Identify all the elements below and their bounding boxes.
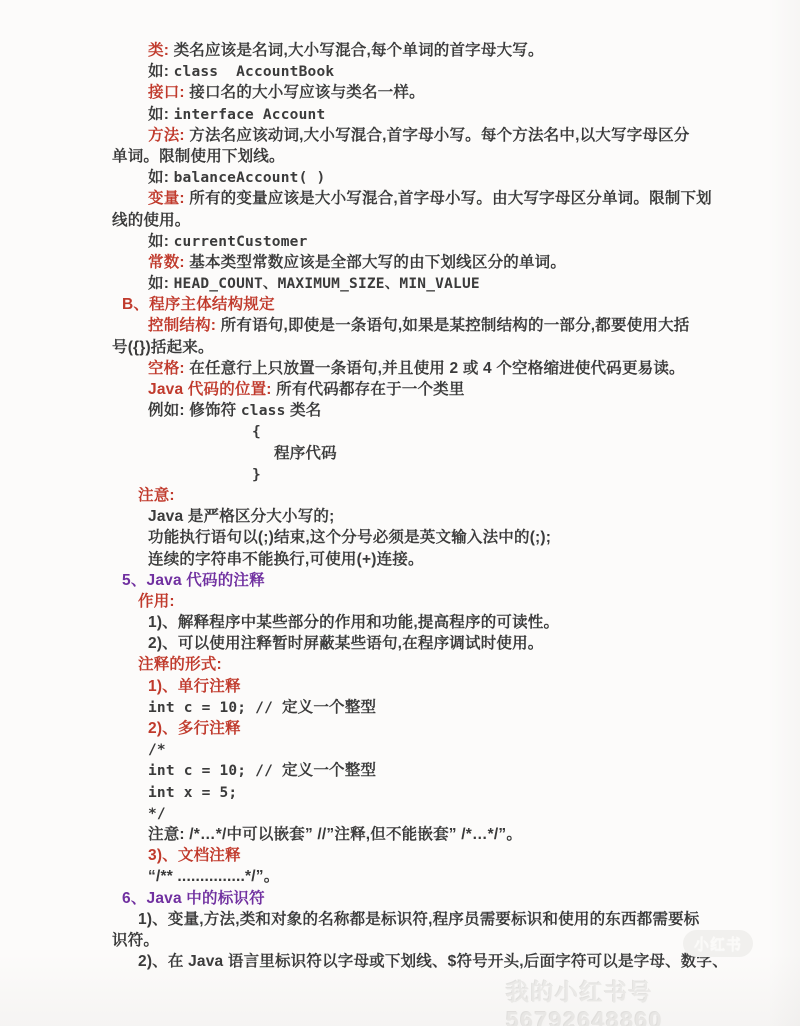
heading-text: 注释的形式: [138,656,222,673]
doc-line: 1)、解释程序中某些部分的作用和功能,提高程序的可读性。 [112,612,732,633]
doc-line: int c = 10; // 定义一个整型 [112,760,732,781]
body-text: 单词。限制使用下划线。 [112,148,285,165]
code-text: HEAD_COUNT、MAXIMUM_SIZE、MIN_VALUE [174,276,480,292]
doc-line: 控制结构: 所有语句,即使是一条语句,如果是某控制结构的一部分,都要使用大括 [112,315,732,336]
doc-line: 2)、多行注释 [112,718,732,739]
heading-text: 注意: [138,487,175,504]
code-text: /* [148,742,166,758]
heading-text: 6、Java 中的标识符 [122,890,265,907]
doc-line: 如: interface Account [112,104,732,125]
doc-line: 例如: 修饰符 class 类名 [112,400,732,421]
doc-line: Java 代码的位置: 所有代码都存在于一个类里 [112,379,732,400]
code-text: int c = 10; // [148,700,282,716]
body-text: 1)、解释程序中某些部分的作用和功能,提高程序的可读性。 [148,614,559,631]
doc-line: 5、Java 代码的注释 [112,570,732,591]
code-text: class [241,403,286,419]
heading-text: 1)、单行注释 [148,678,241,695]
doc-line: 1)、变量,方法,类和对象的名称都是标识符,程序员需要标识和使用的东西都需要标 [112,909,732,930]
doc-line: 2)、在 Java 语言里标识符以字母或下划线、$符号开头,后面字符可以是字母、… [112,951,732,972]
code-text: */ [148,806,166,822]
heading-text: B、程序主体结构规定 [122,296,275,313]
doc-line: 3)、文档注释 [112,845,732,866]
body-text: 1)、变量,方法,类和对象的名称都是标识符,程序员需要标识和使用的东西都需要标 [138,911,700,928]
doc-line: 如: currentCustomer [112,231,732,252]
body-text: 注意: /*…*/中可以嵌套” //”注释,但不能嵌套” /*…*/”。 [148,826,522,843]
doc-line: /* [112,739,732,760]
doc-line: 变量: 所有的变量应该是大小写混合,首字母小写。由大写字母区分单词。限制下划 [112,188,732,209]
body-text: “/** ...............*/”。 [148,868,279,885]
doc-line: */ [112,803,732,824]
heading-text: 控制结构: [148,317,216,334]
doc-line: 类: 类名应该是名词,大小写混合,每个单词的首字母大写。 [112,40,732,61]
doc-line: 方法: 方法名应该动词,大小写混合,首字母小写。每个方法名中,以大写字母区分 [112,125,732,146]
code-text: balanceAccount( ) [174,170,326,186]
heading-text: 接口: [148,84,185,101]
doc-line: 号({})括起来。 [112,337,732,358]
doc-line: 接口: 接口名的大小写应该与类名一样。 [112,82,732,103]
code-text: int x = 5; [148,785,237,801]
body-text: 如: [148,63,174,80]
body-text: 所有的变量应该是大小写混合,首字母小写。由大写字母区分单词。限制下划 [185,190,712,207]
doc-line: 作用: [112,591,732,612]
body-text: 如: [148,275,174,292]
code-text: int c = 10; // [148,763,282,779]
doc-line: int x = 5; [112,782,732,803]
xiaohongshu-badge-watermark: 小红书 [683,930,753,957]
heading-text: 3)、文档注释 [148,847,241,864]
body-text: 连续的字符串不能换行,可使用(+)连接。 [148,551,424,568]
body-text: 所有语句,即使是一条语句,如果是某控制结构的一部分,都要使用大括 [216,317,689,334]
doc-line: 连续的字符串不能换行,可使用(+)连接。 [112,549,732,570]
document-page: 类: 类名应该是名词,大小写混合,每个单词的首字母大写。如: class Acc… [0,0,800,1026]
body-text: Java 是严格区分大小写的; [148,508,334,525]
code-text: currentCustomer [174,234,308,250]
heading-text: 空格: [148,360,185,377]
doc-line: 如: HEAD_COUNT、MAXIMUM_SIZE、MIN_VALUE [112,273,732,294]
body-text: 号({})括起来。 [112,339,214,356]
code-text: interface Account [174,107,326,123]
body-text: 如: [148,233,174,250]
body-text: 如: [148,106,174,123]
heading-text: 2)、多行注释 [148,720,241,737]
doc-line: 6、Java 中的标识符 [112,888,732,909]
doc-line: 程序代码 [112,443,732,464]
body-text: 定义一个整型 [282,762,376,779]
document-body: 类: 类名应该是名词,大小写混合,每个单词的首字母大写。如: class Acc… [112,40,732,972]
body-text: 定义一个整型 [282,699,376,716]
body-text: 所有代码都存在于一个类里 [272,381,465,398]
body-text: 识符。 [112,932,159,949]
body-text: 方法名应该动词,大小写混合,首字母小写。每个方法名中,以大写字母区分 [185,127,690,144]
code-text: { [252,424,261,440]
heading-text: 5、Java 代码的注释 [122,572,265,589]
body-text: 线的使用。 [112,212,191,229]
doc-line: “/** ...............*/”。 [112,866,732,887]
doc-line: 常数: 基本类型常数应该是全部大写的由下划线区分的单词。 [112,252,732,273]
body-text: 功能执行语句以(;)结束,这个分号必须是英文输入法中的(;); [148,529,551,546]
code-text: class AccountBook [174,64,335,80]
doc-line: 单词。限制使用下划线。 [112,146,732,167]
doc-line: } [112,464,732,485]
doc-line: 注释的形式: [112,654,732,675]
doc-line: 2)、可以使用注释暂时屏蔽某些语句,在程序调试时使用。 [112,633,732,654]
heading-text: 类: [148,42,169,59]
xiaohongshu-id-watermark: 我的小红书号56792648860 [506,974,800,1026]
heading-text: 方法: [148,127,185,144]
doc-line: B、程序主体结构规定 [112,294,732,315]
doc-line: 线的使用。 [112,210,732,231]
body-text: 类名 [286,402,322,419]
body-text: 基本类型常数应该是全部大写的由下划线区分的单词。 [185,254,566,271]
heading-text: 变量: [148,190,185,207]
body-text: 类名应该是名词,大小写混合,每个单词的首字母大写。 [169,42,544,59]
heading-text: 作用: [138,593,175,610]
body-text: 例如: 修饰符 [148,402,241,419]
doc-line: { [112,421,732,442]
doc-line: 如: class AccountBook [112,61,732,82]
doc-line: 如: balanceAccount( ) [112,167,732,188]
body-text: 在任意行上只放置一条语句,并且使用 2 或 4 个空格缩进使代码更易读。 [185,360,685,377]
body-text: 如: [148,169,174,186]
heading-text: 常数: [148,254,185,271]
doc-line: int c = 10; // 定义一个整型 [112,697,732,718]
body-text: 2)、可以使用注释暂时屏蔽某些语句,在程序调试时使用。 [148,635,544,652]
heading-text: Java 代码的位置: [148,381,272,398]
body-text: 2)、在 Java 语言里标识符以字母或下划线、$符号开头,后面字符可以是字母、… [138,953,728,970]
doc-line: 识符。 [112,930,732,951]
code-text: } [252,467,261,483]
body-text: 程序代码 [274,445,337,462]
doc-line: 1)、单行注释 [112,676,732,697]
doc-line: 注意: /*…*/中可以嵌套” //”注释,但不能嵌套” /*…*/”。 [112,824,732,845]
doc-line: 注意: [112,485,732,506]
doc-line: 功能执行语句以(;)结束,这个分号必须是英文输入法中的(;); [112,527,732,548]
doc-line: Java 是严格区分大小写的; [112,506,732,527]
doc-line: 空格: 在任意行上只放置一条语句,并且使用 2 或 4 个空格缩进使代码更易读。 [112,358,732,379]
body-text: 接口名的大小写应该与类名一样。 [185,84,425,101]
